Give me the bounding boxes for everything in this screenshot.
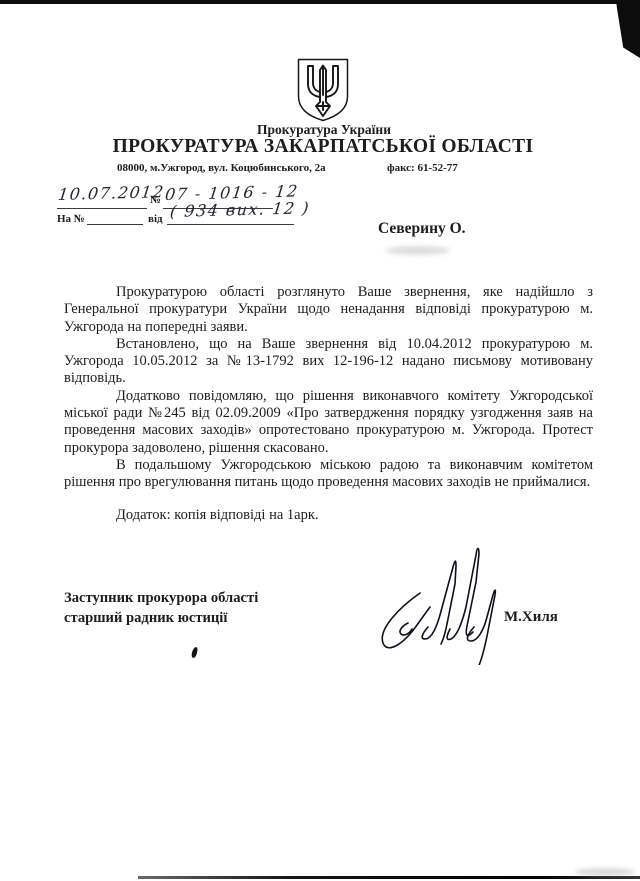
body-paragraph: Додатково повідомляю, що рішення виконав… [64,388,593,457]
reply-date-label: від [148,213,163,225]
body-paragraph: Прокуратурою області розглянуто Ваше зве… [64,284,593,336]
org-name-title: ПРОКУРАТУРА ЗАКАРПАТСЬКОЇ ОБЛАСТІ [0,136,640,158]
signoff-position: Заступник прокурора області старший радн… [64,589,258,628]
number-sign-label: № [150,194,161,206]
org-address: 08000, м.Ужгород, вул. Коцюбинського, 2а [117,162,326,174]
underline [87,224,143,225]
attachment-line: Додаток: копія відповіді на 1арк. [64,507,593,524]
body-paragraph: Встановлено, що на Ваше звернення від 10… [64,336,593,388]
scan-smudge [386,246,450,255]
addressee-name: Северину О. [378,220,466,238]
letter-body: Прокуратурою області розглянуто Ваше зве… [64,284,593,524]
ref-row-reply: На № від ( 934 вих. 12 ) [57,209,317,233]
reply-reference-handwritten: ( 934 вих. 12 ) [169,198,311,221]
body-paragraph: В подальшому Ужгородською міською радою … [64,457,593,492]
scan-edge-bottom [138,876,640,879]
autograph-signature-icon [370,527,518,665]
scanned-letter-page: Прокуратура України ПРОКУРАТУРА ЗАКАРПАТ… [0,0,640,881]
org-fax: факс: 61-52-77 [387,162,458,174]
signoff-position-line2: старший радник юстиції [64,609,258,629]
scan-corner-black [616,0,640,58]
ink-blot [191,647,198,659]
scan-edge-top [0,0,640,4]
underline [167,224,294,225]
scan-smudge [575,868,635,876]
tryzub-icon [295,57,351,123]
signer-name: М.Хиля [504,609,558,626]
signoff-position-line1: Заступник прокурора області [64,589,258,609]
reply-number-label: На № [57,213,85,225]
